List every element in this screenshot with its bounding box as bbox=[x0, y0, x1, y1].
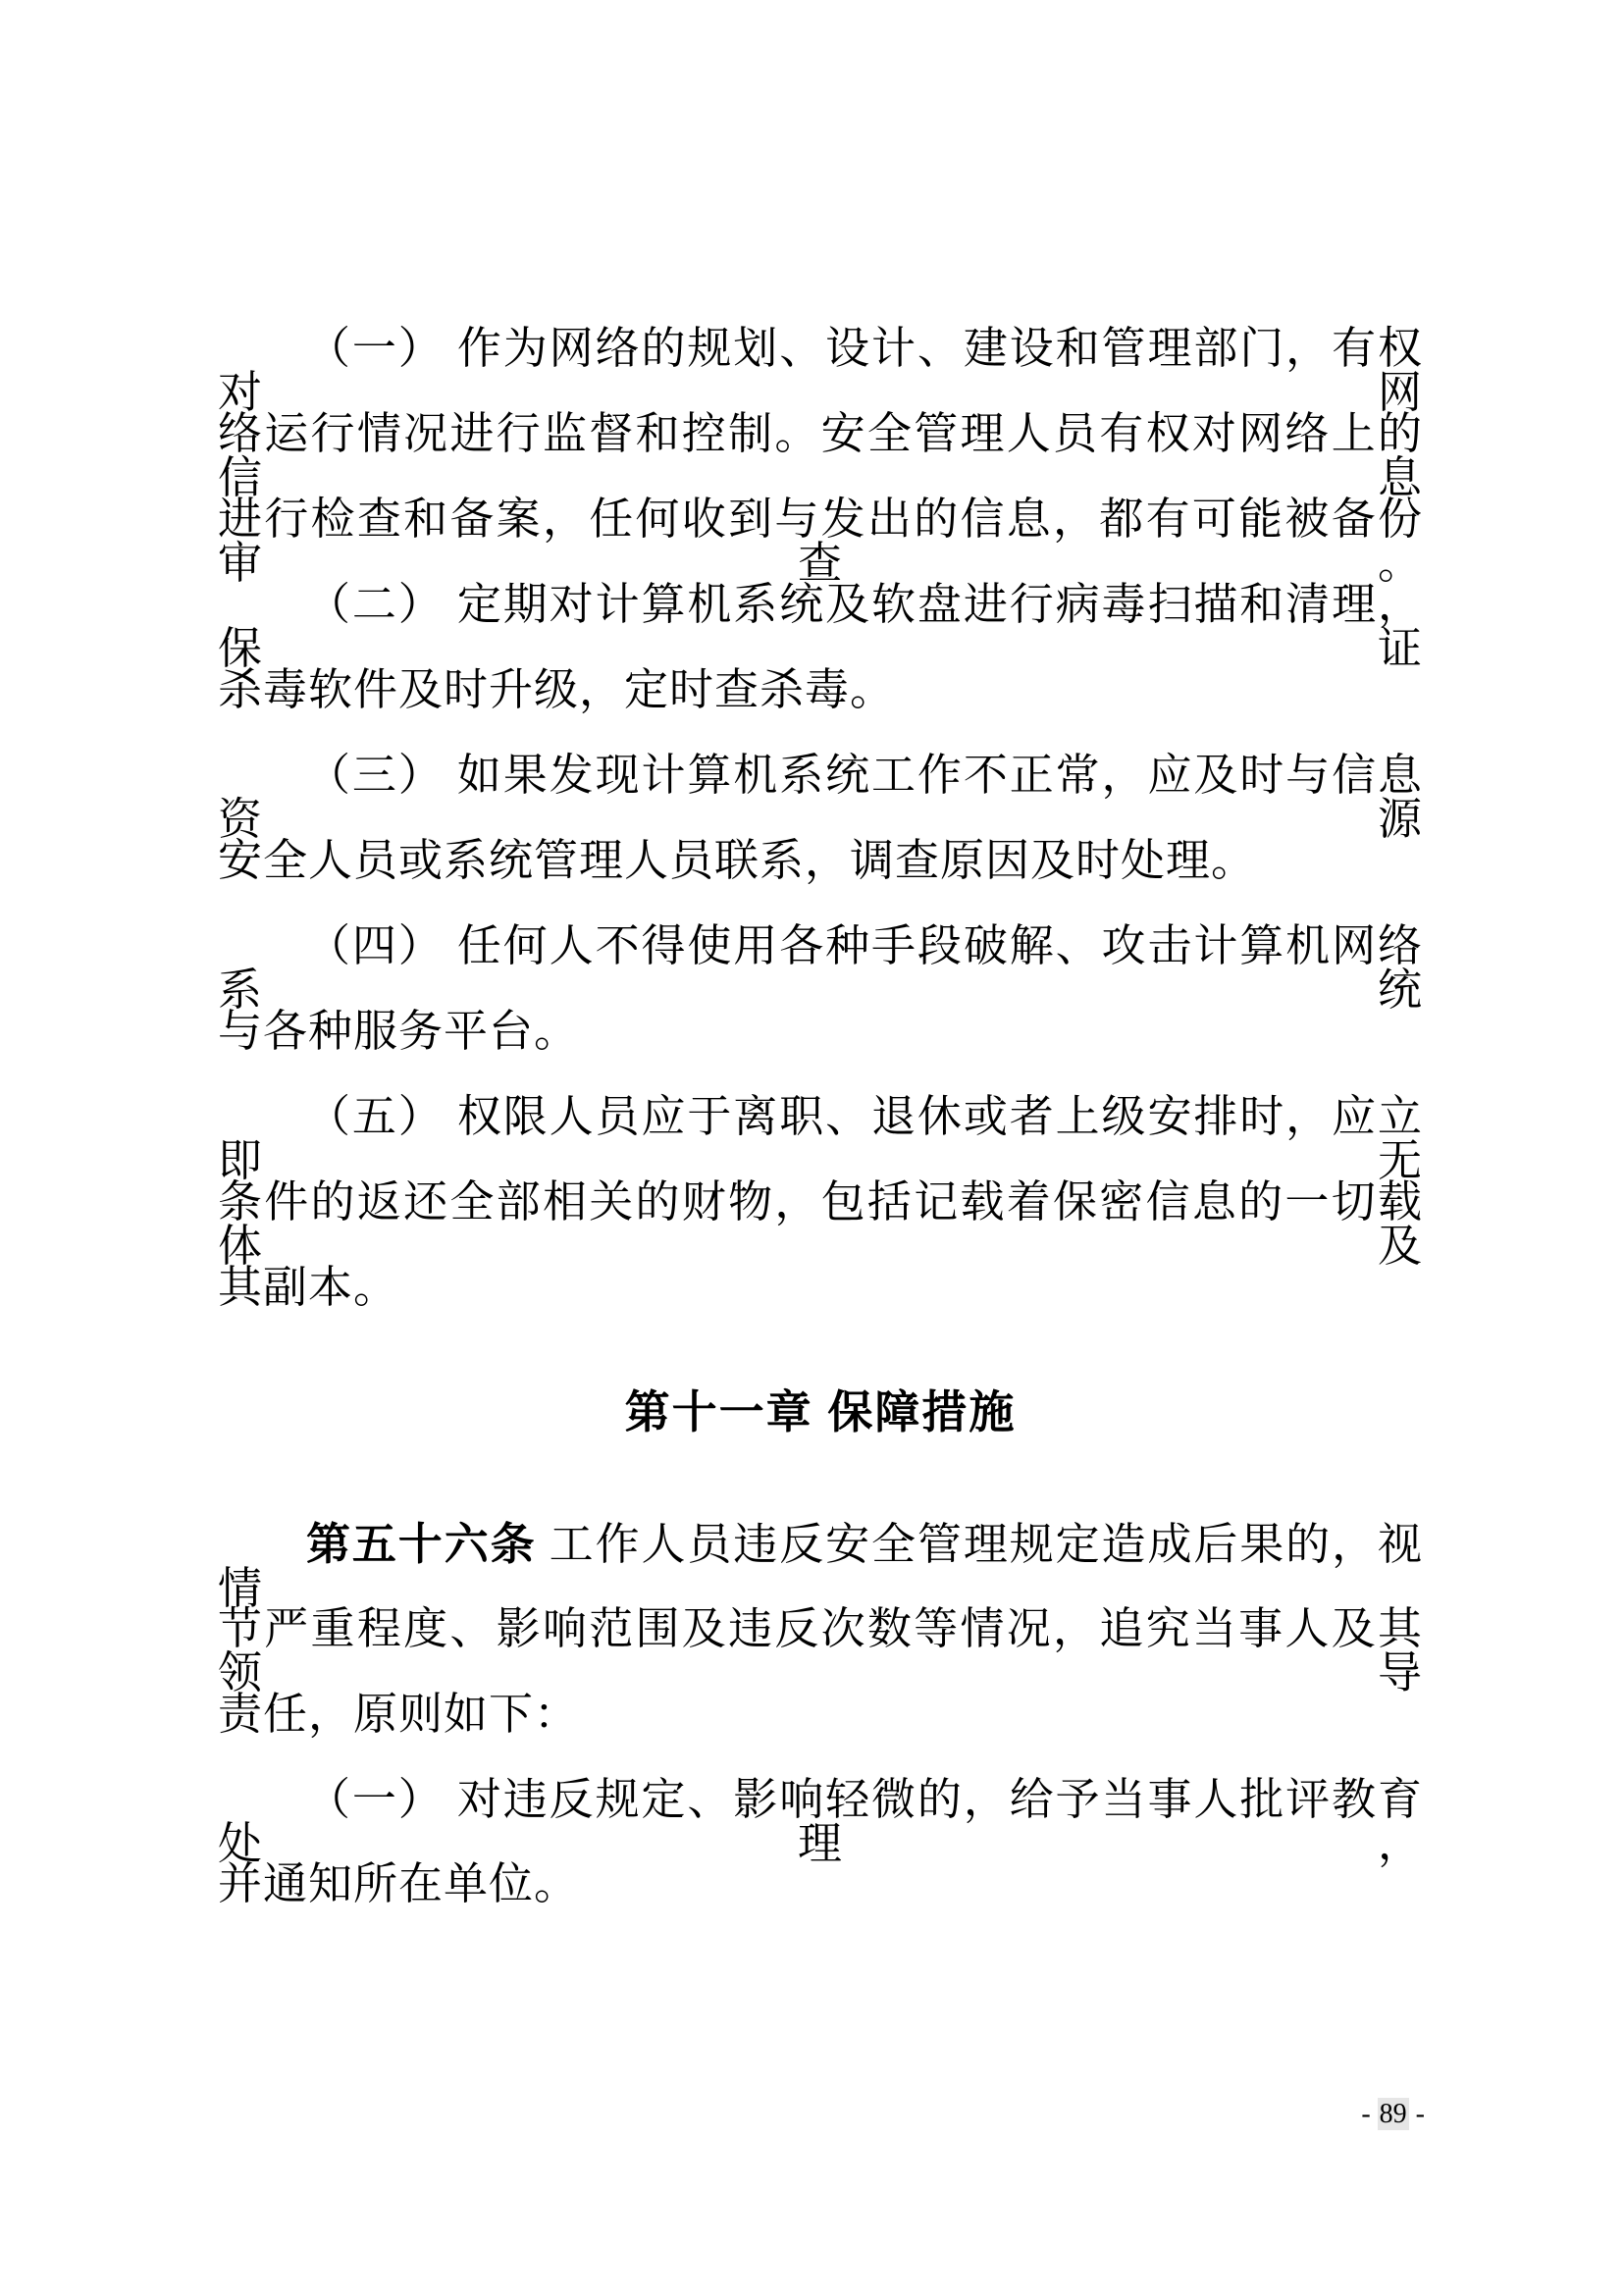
page-number-suffix: - bbox=[1409, 2099, 1425, 2129]
body-line: 络运行情况进行监督和控制。安全管理人员有权对网络上的信息 bbox=[218, 412, 1423, 500]
body-line: 节严重程度、影响范围及违反次数等情况，追究当事人及其领导 bbox=[218, 1607, 1423, 1696]
body-line: 杀毒软件及时升级，定时查杀毒。 bbox=[218, 668, 1423, 712]
body-line: 进行检查和备案，任何收到与发出的信息，都有可能被备份审查。 bbox=[218, 497, 1423, 586]
article-number: 第五十六条 bbox=[306, 1520, 537, 1569]
body-line: （四） 任何人不得使用各种手段破解、攻击计算机网络系统 bbox=[218, 924, 1423, 1013]
body-line: （一） 作为网络的规划、设计、建设和管理部门，有权对网 bbox=[218, 327, 1423, 415]
body-line: （三） 如果发现计算机系统工作不正常，应及时与信息资源 bbox=[218, 754, 1423, 842]
body-line: 责任，原则如下： bbox=[218, 1693, 1423, 1737]
document-page: （一） 作为网络的规划、设计、建设和管理部门，有权对网 络运行情况进行监督和控制… bbox=[0, 0, 1624, 2296]
page-number-prefix: - bbox=[1361, 2099, 1377, 2129]
body-line: 其副本。 bbox=[218, 1266, 1423, 1310]
body-line: 条件的返还全部相关的财物，包括记载着保密信息的一切载体及 bbox=[218, 1180, 1423, 1269]
body-line: 第五十六条 工作人员违反安全管理规定造成后果的，视情 bbox=[218, 1523, 1423, 1611]
page-number-value: 89 bbox=[1378, 2098, 1409, 2130]
body-line: （一） 对违反规定、影响轻微的，给予当事人批评教育处理， bbox=[218, 1778, 1423, 1866]
chapter-heading: 第十一章 保障措施 bbox=[218, 1389, 1423, 1435]
body-line: （二） 定期对计算机系统及软盘进行病毒扫描和清理，保证 bbox=[218, 583, 1423, 671]
body-line: 与各种服务平台。 bbox=[218, 1010, 1423, 1054]
body-line: 并通知所在单位。 bbox=[218, 1862, 1423, 1906]
page-number: - 89 - bbox=[1361, 2098, 1425, 2131]
body-line: 安全人员或系统管理人员联系，调查原因及时处理。 bbox=[218, 839, 1423, 883]
body-line: （五） 权限人员应于离职、退休或者上级安排时，应立即无 bbox=[218, 1095, 1423, 1183]
